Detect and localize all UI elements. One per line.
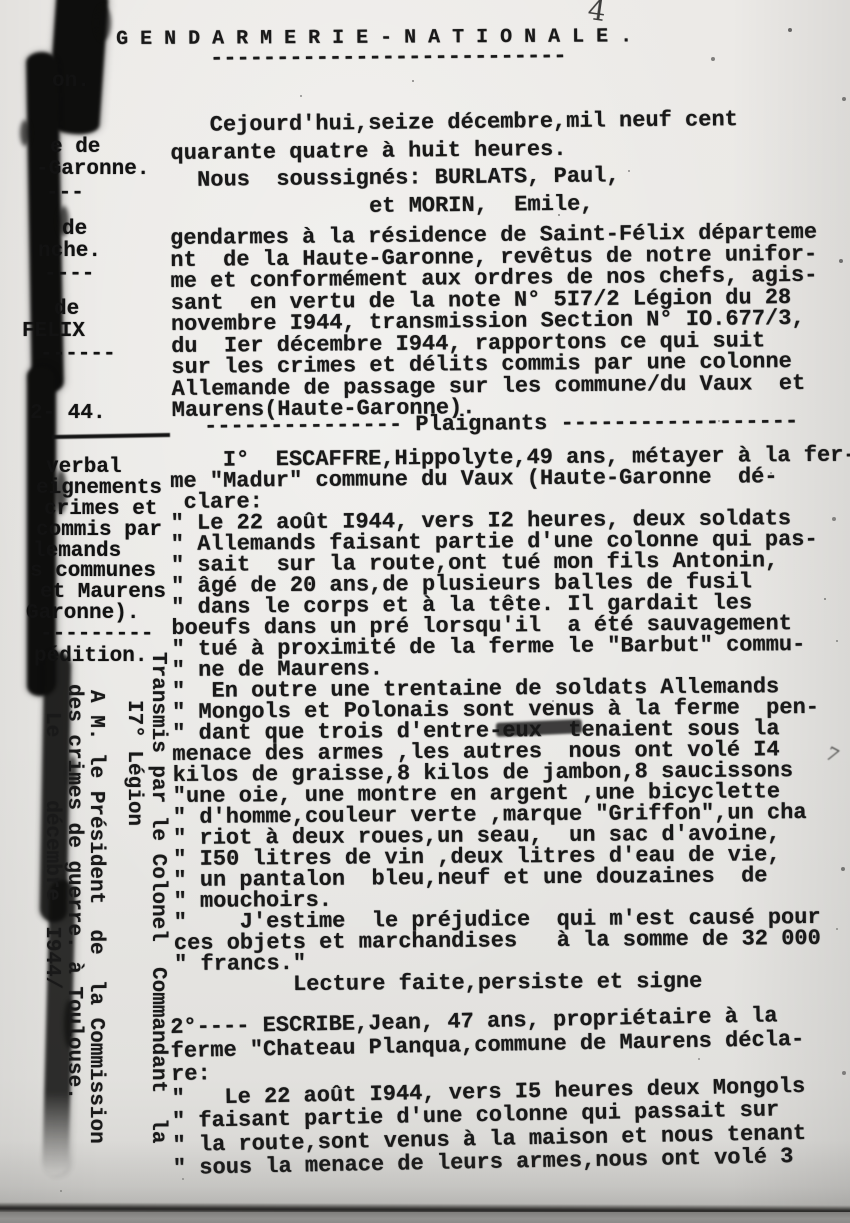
vertical-note-line: I7° Légion	[122, 700, 145, 826]
vertical-note-line: Transmis par le Colonel Commandant la	[146, 652, 169, 1143]
vertical-note-line: Le décembre I944/	[40, 712, 63, 989]
bottom-shadow	[0, 1140, 850, 1206]
rotated-margin-notes: Transmis par le Colonel Commandant laI7°…	[0, 0, 850, 1223]
vertical-note-line: A M. le Président de la Commission	[84, 690, 107, 1144]
scanned-document-page: G E N D A R M E R I E - N A T I O N A L …	[0, 0, 850, 1223]
scanner-background	[0, 1212, 850, 1223]
scan-noise-specks	[0, 0, 2, 2]
vertical-note-line: des crimes de guerre. à Toulouse.	[62, 684, 85, 1100]
